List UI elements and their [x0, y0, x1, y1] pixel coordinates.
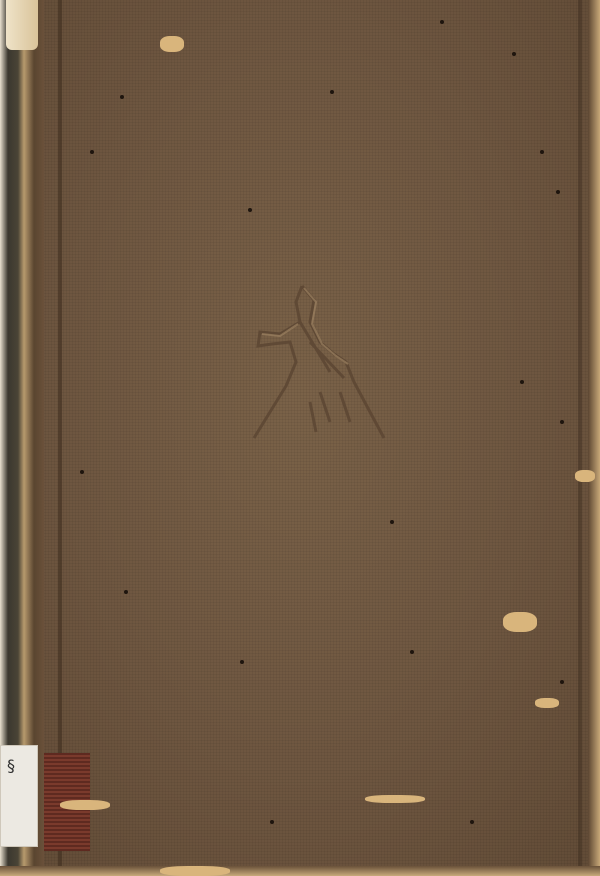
cover-bottom-edge — [0, 866, 600, 876]
wormhole — [248, 208, 252, 212]
cover-border-rule-right — [578, 0, 582, 876]
wormhole — [556, 190, 560, 194]
wormhole — [470, 820, 474, 824]
abrasion-spot — [160, 36, 184, 52]
emblem-icon — [250, 282, 390, 442]
wormhole — [560, 420, 564, 424]
wormhole — [410, 650, 414, 654]
abrasion-spot — [503, 612, 537, 632]
abrasion-spot — [160, 866, 230, 876]
wormhole — [90, 150, 94, 154]
wormhole — [512, 52, 516, 56]
wormhole — [80, 470, 84, 474]
cover-border-rule-left — [58, 0, 62, 876]
wormhole — [120, 95, 124, 99]
cover-right-edge — [588, 0, 600, 876]
wormhole — [520, 380, 524, 384]
label-glyph: § — [7, 756, 15, 775]
wormhole — [540, 150, 544, 154]
abrasion-spot — [365, 795, 425, 803]
wormhole — [330, 90, 334, 94]
abrasion-spot — [60, 800, 110, 810]
wormhole — [390, 520, 394, 524]
library-label: § — [0, 745, 38, 847]
abrasion-spot — [575, 470, 595, 482]
spine-torn-top — [6, 0, 38, 50]
wormhole — [270, 820, 274, 824]
abrasion-spot — [535, 698, 559, 708]
wormhole — [440, 20, 444, 24]
wormhole — [240, 660, 244, 664]
wormhole — [124, 590, 128, 594]
wormhole — [560, 680, 564, 684]
